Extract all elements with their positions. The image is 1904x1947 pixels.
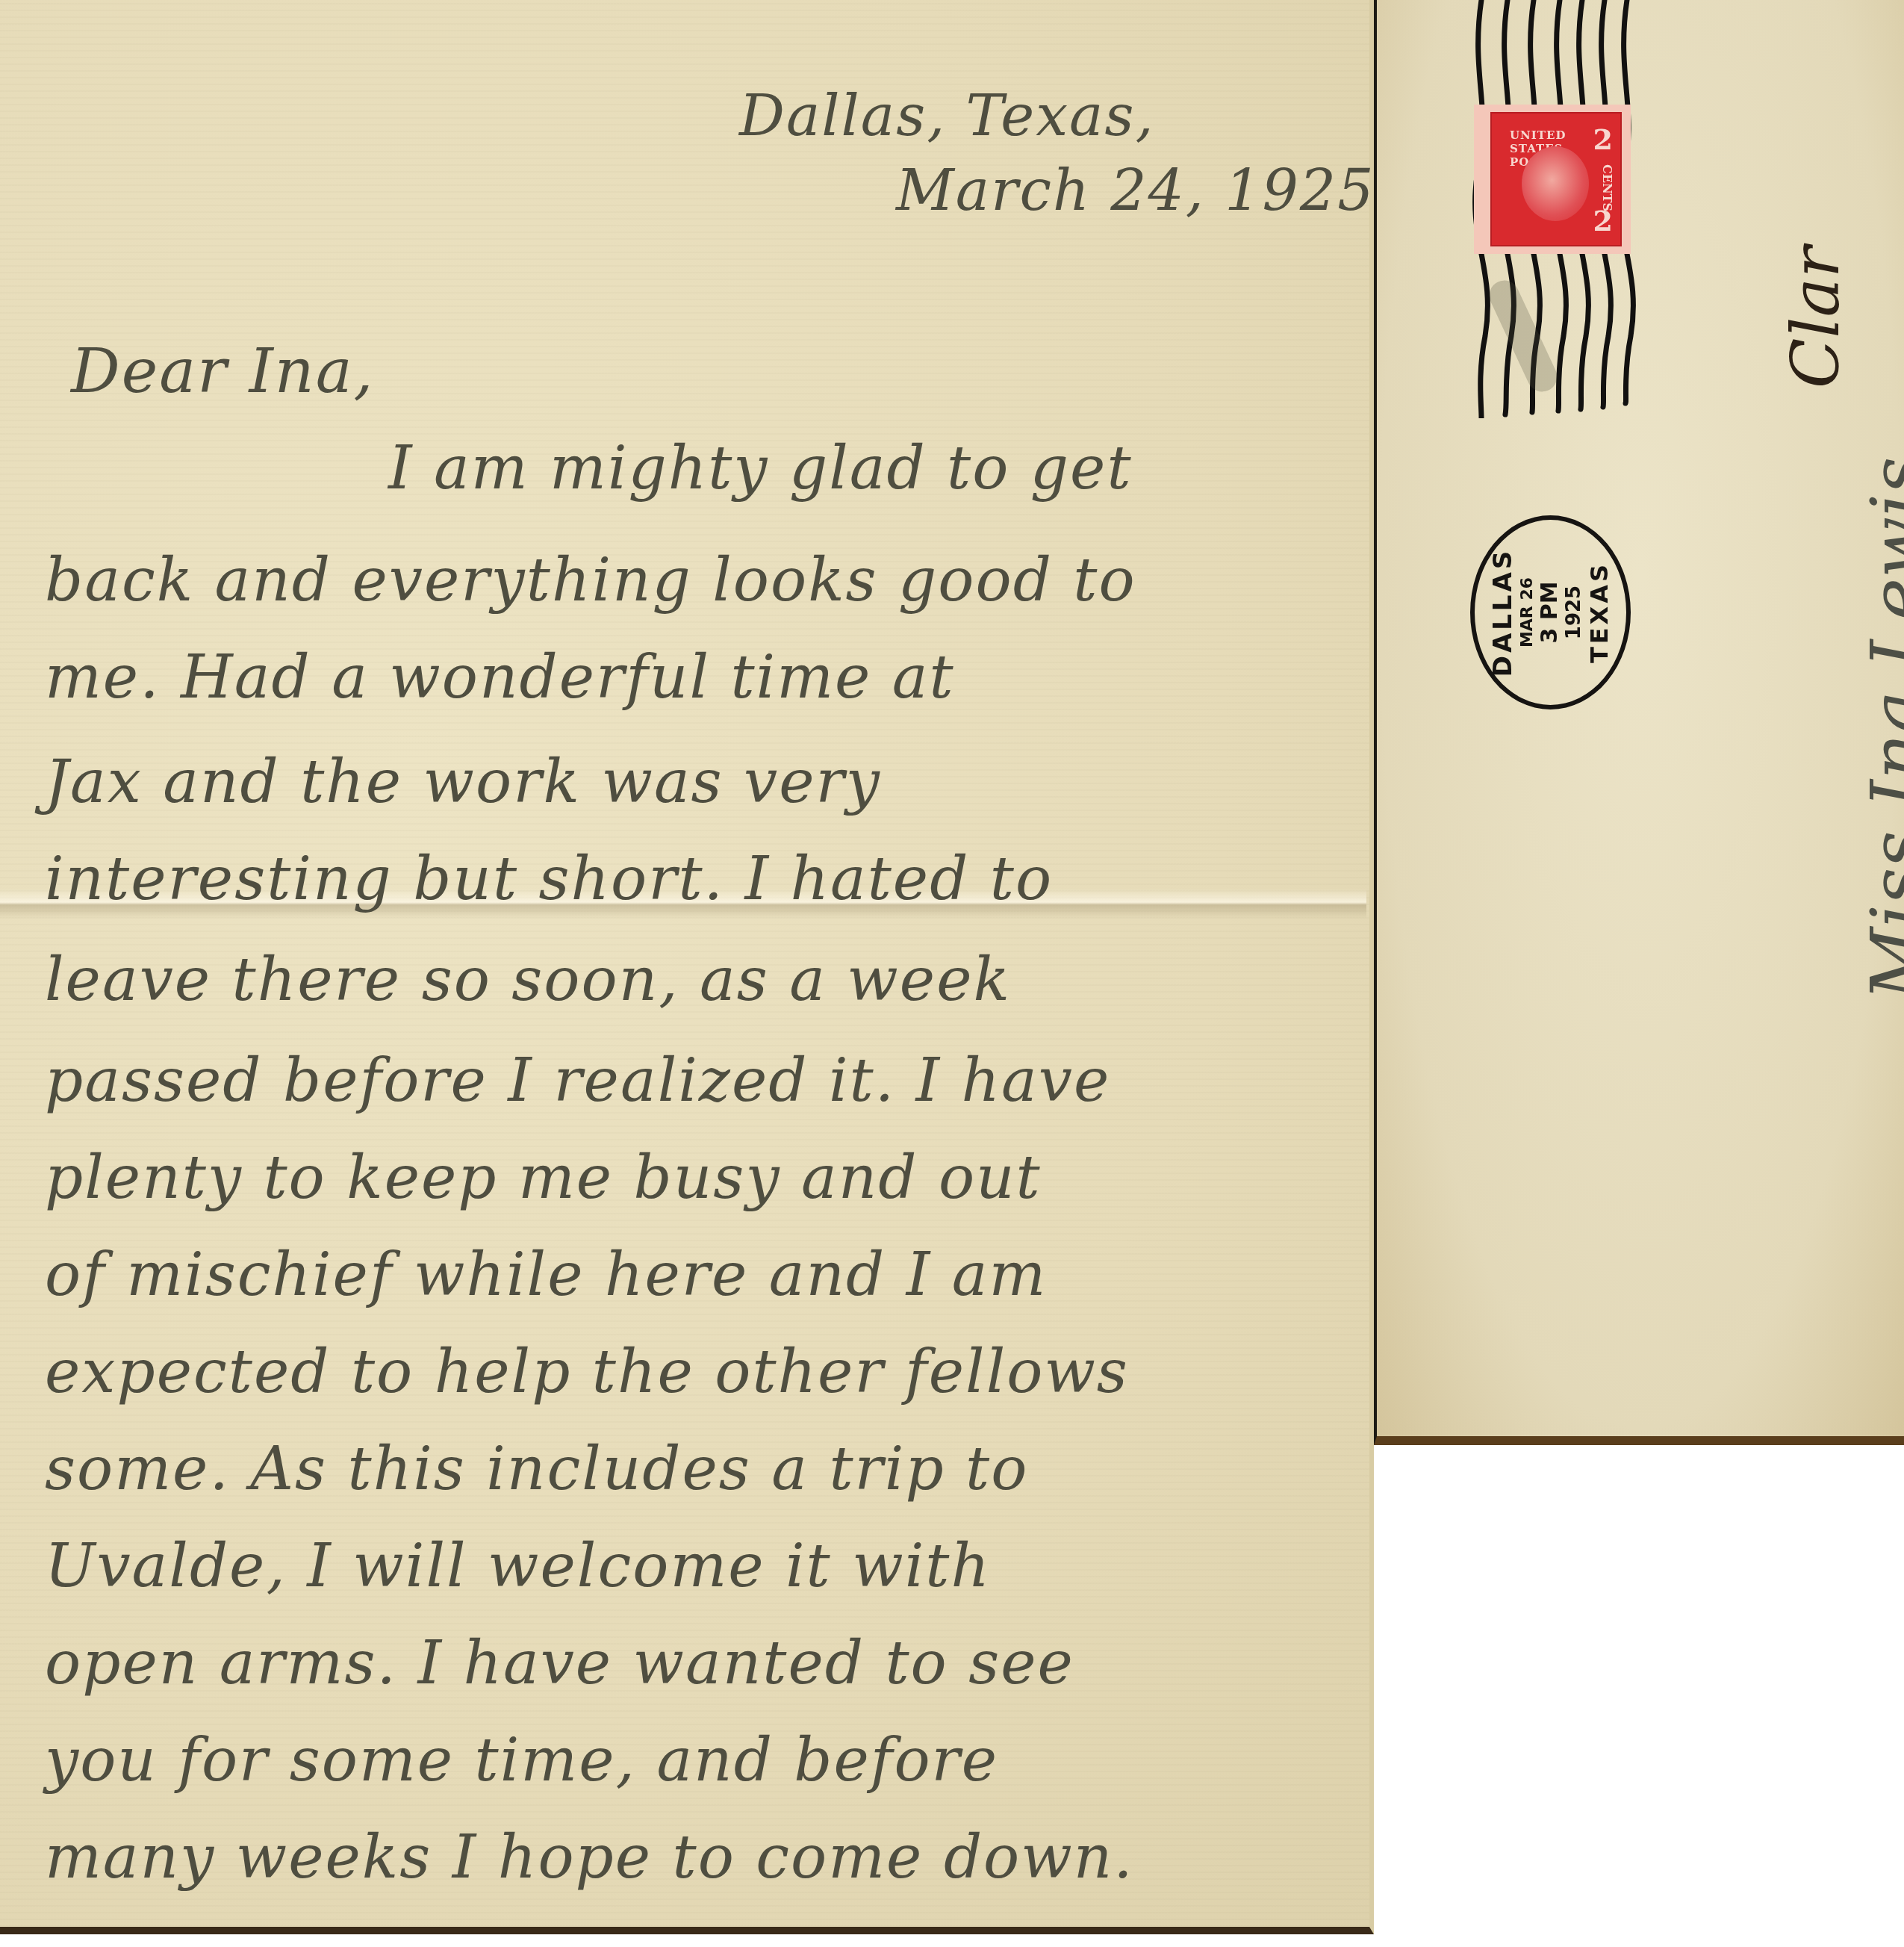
stamp-face: UNITED STATES POSTAGE 2 CENTS 2 (1490, 112, 1622, 246)
letter-line: expected to help the other fellows (45, 1337, 1329, 1406)
postmark-text: DALLAS MAR 26 3 PM 1925 TEXAS (1488, 548, 1614, 677)
postmark-state: TEXAS (1585, 548, 1614, 677)
letter-page: Dallas, Texas, March 24, 1925 Dear Ina, … (0, 0, 1374, 1934)
envelope-address-line: Clar (1777, 246, 1854, 388)
letter-line: me. Had a wonderful time at (45, 642, 1329, 712)
letter-place: Dallas, Texas, (739, 82, 1155, 149)
letter-line: passed before I realized it. I have (45, 1046, 1329, 1115)
letter-line: back and everything looks good to (45, 545, 1329, 615)
letter-line: Uvalde, I will welcome it with (45, 1531, 1329, 1600)
letter-line: leave there so soon, as a week (45, 945, 1329, 1014)
postage-stamp: UNITED STATES POSTAGE 2 CENTS 2 (1474, 105, 1631, 254)
postmark-time: 3 PM (1537, 548, 1563, 677)
letter-line: Jax and the work was very (45, 747, 1329, 816)
letter-line: interesting but short. I hated to (45, 844, 1329, 913)
letter-line: open arms. I have wanted to see (45, 1628, 1329, 1698)
postmark-date: MAR 26 (1518, 548, 1537, 677)
envelope: UNITED STATES POSTAGE 2 CENTS 2 DALLAS M… (1374, 0, 1904, 1445)
letter-line: you for some time, and before (45, 1725, 1329, 1795)
letter-line: of mischief while here and I am (45, 1240, 1329, 1309)
postmark-year: 1925 (1563, 548, 1585, 677)
postmark-circle: DALLAS MAR 26 3 PM 1925 TEXAS (1470, 515, 1631, 709)
letter-salutation: Dear Ina, (71, 336, 375, 407)
letter-line: plenty to keep me busy and out (45, 1143, 1329, 1212)
letter-line: some. As this includes a trip to (45, 1434, 1329, 1503)
stamp-denomination: 2 (1593, 122, 1613, 156)
letter-date: March 24, 1925 (896, 157, 1375, 223)
stamp-denomination: 2 (1593, 204, 1613, 237)
envelope-recipient-name: Miss Ina Lewis, (1855, 434, 1904, 1001)
washington-portrait-icon (1522, 146, 1589, 221)
letter-line: many weeks I hope to come down. (45, 1822, 1329, 1892)
postmark-city: DALLAS (1488, 548, 1518, 677)
